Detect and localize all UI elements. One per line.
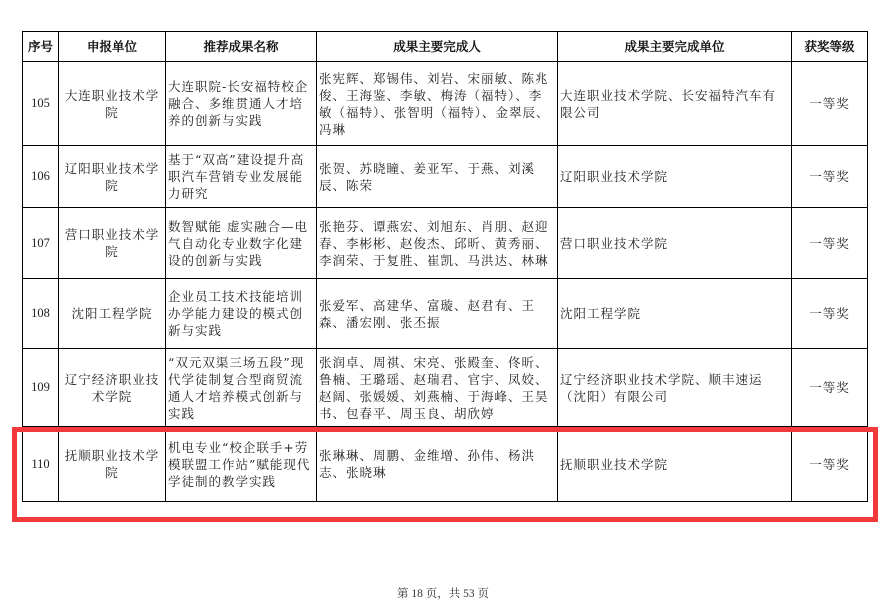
cell-title: 机电专业“校企联手+劳模联盟工作站”赋能现代学徒制的教学实践 [166,427,317,502]
cell-unit: 营口职业技术学院 [59,208,166,279]
cell-level: 一等奖 [792,146,868,208]
cell-no: 106 [23,146,59,208]
cell-level: 一等奖 [792,349,868,427]
header-unit: 申报单位 [59,32,166,62]
cell-unit: 辽阳职业技术学院 [59,146,166,208]
table-row: 109 辽宁经济职业技术学院 “双元双渠三场五段”现代学徒制复合型商贸流通人才培… [23,349,868,427]
table-header-row: 序号 申报单位 推荐成果名称 成果主要完成人 成果主要完成单位 获奖等级 [23,32,868,62]
header-no: 序号 [23,32,59,62]
cell-people: 张宪辉、郑锡伟、刘岩、宋丽敏、陈兆俊、王海鉴、李敏、梅涛（福特）、李敏（福特）、… [317,62,558,146]
cell-no: 108 [23,279,59,349]
page-number: 第 18 页，共 53 页 [0,585,886,601]
cell-title: 基于“双高”建设提升高职汽车营销专业发展能力研究 [166,146,317,208]
cell-title: 大连职院-长安福特校企融合、多维贯通人才培养的创新与实践 [166,62,317,146]
cell-unit: 抚顺职业技术学院 [59,427,166,502]
table-row: 105 大连职业技术学院 大连职院-长安福特校企融合、多维贯通人才培养的创新与实… [23,62,868,146]
cell-title: 数智赋能 虚实融合—电气自动化专业数字化建设的创新与实践 [166,208,317,279]
cell-unit: 辽宁经济职业技术学院 [59,349,166,427]
cell-unit: 沈阳工程学院 [59,279,166,349]
header-title: 推荐成果名称 [166,32,317,62]
cell-org: 营口职业技术学院 [558,208,792,279]
table-row: 106 辽阳职业技术学院 基于“双高”建设提升高职汽车营销专业发展能力研究 张贺… [23,146,868,208]
cell-org: 辽宁经济职业技术学院、顺丰速运（沈阳）有限公司 [558,349,792,427]
cell-no: 107 [23,208,59,279]
cell-title: “双元双渠三场五段”现代学徒制复合型商贸流通人才培养模式创新与实践 [166,349,317,427]
awards-table: 序号 申报单位 推荐成果名称 成果主要完成人 成果主要完成单位 获奖等级 105… [22,31,868,502]
table-row: 107 营口职业技术学院 数智赋能 虚实融合—电气自动化专业数字化建设的创新与实… [23,208,868,279]
cell-unit: 大连职业技术学院 [59,62,166,146]
cell-title: 企业员工技术技能培训办学能力建设的模式创新与实践 [166,279,317,349]
cell-level: 一等奖 [792,208,868,279]
cell-org: 大连职业技术学院、长安福特汽车有限公司 [558,62,792,146]
cell-org: 抚顺职业技术学院 [558,427,792,502]
cell-org: 沈阳工程学院 [558,279,792,349]
cell-level: 一等奖 [792,279,868,349]
header-org: 成果主要完成单位 [558,32,792,62]
cell-people: 张爱军、高建华、富璇、赵君有、王森、潘宏刚、张丕振 [317,279,558,349]
cell-people: 张琳琳、周鹏、金维增、孙伟、杨洪志、张晓琳 [317,427,558,502]
header-people: 成果主要完成人 [317,32,558,62]
table-row: 108 沈阳工程学院 企业员工技术技能培训办学能力建设的模式创新与实践 张爱军、… [23,279,868,349]
cell-people: 张润卓、周祺、宋亮、张殿奎、佟昕、鲁楠、王璐瑶、赵瑞君、官宇、凤姣、赵阔、张媛媛… [317,349,558,427]
cell-people: 张贺、苏晓瞳、姜亚军、于燕、刘溪辰、陈荣 [317,146,558,208]
cell-no: 109 [23,349,59,427]
cell-org: 辽阳职业技术学院 [558,146,792,208]
table-row-highlighted: 110 抚顺职业技术学院 机电专业“校企联手+劳模联盟工作站”赋能现代学徒制的教… [23,427,868,502]
cell-no: 110 [23,427,59,502]
cell-people: 张艳芬、谭燕宏、刘旭东、肖朋、赵迎春、李彬彬、赵俊杰、邱昕、黄秀丽、李润荣、于复… [317,208,558,279]
cell-level: 一等奖 [792,62,868,146]
cell-level: 一等奖 [792,427,868,502]
header-level: 获奖等级 [792,32,868,62]
cell-no: 105 [23,62,59,146]
